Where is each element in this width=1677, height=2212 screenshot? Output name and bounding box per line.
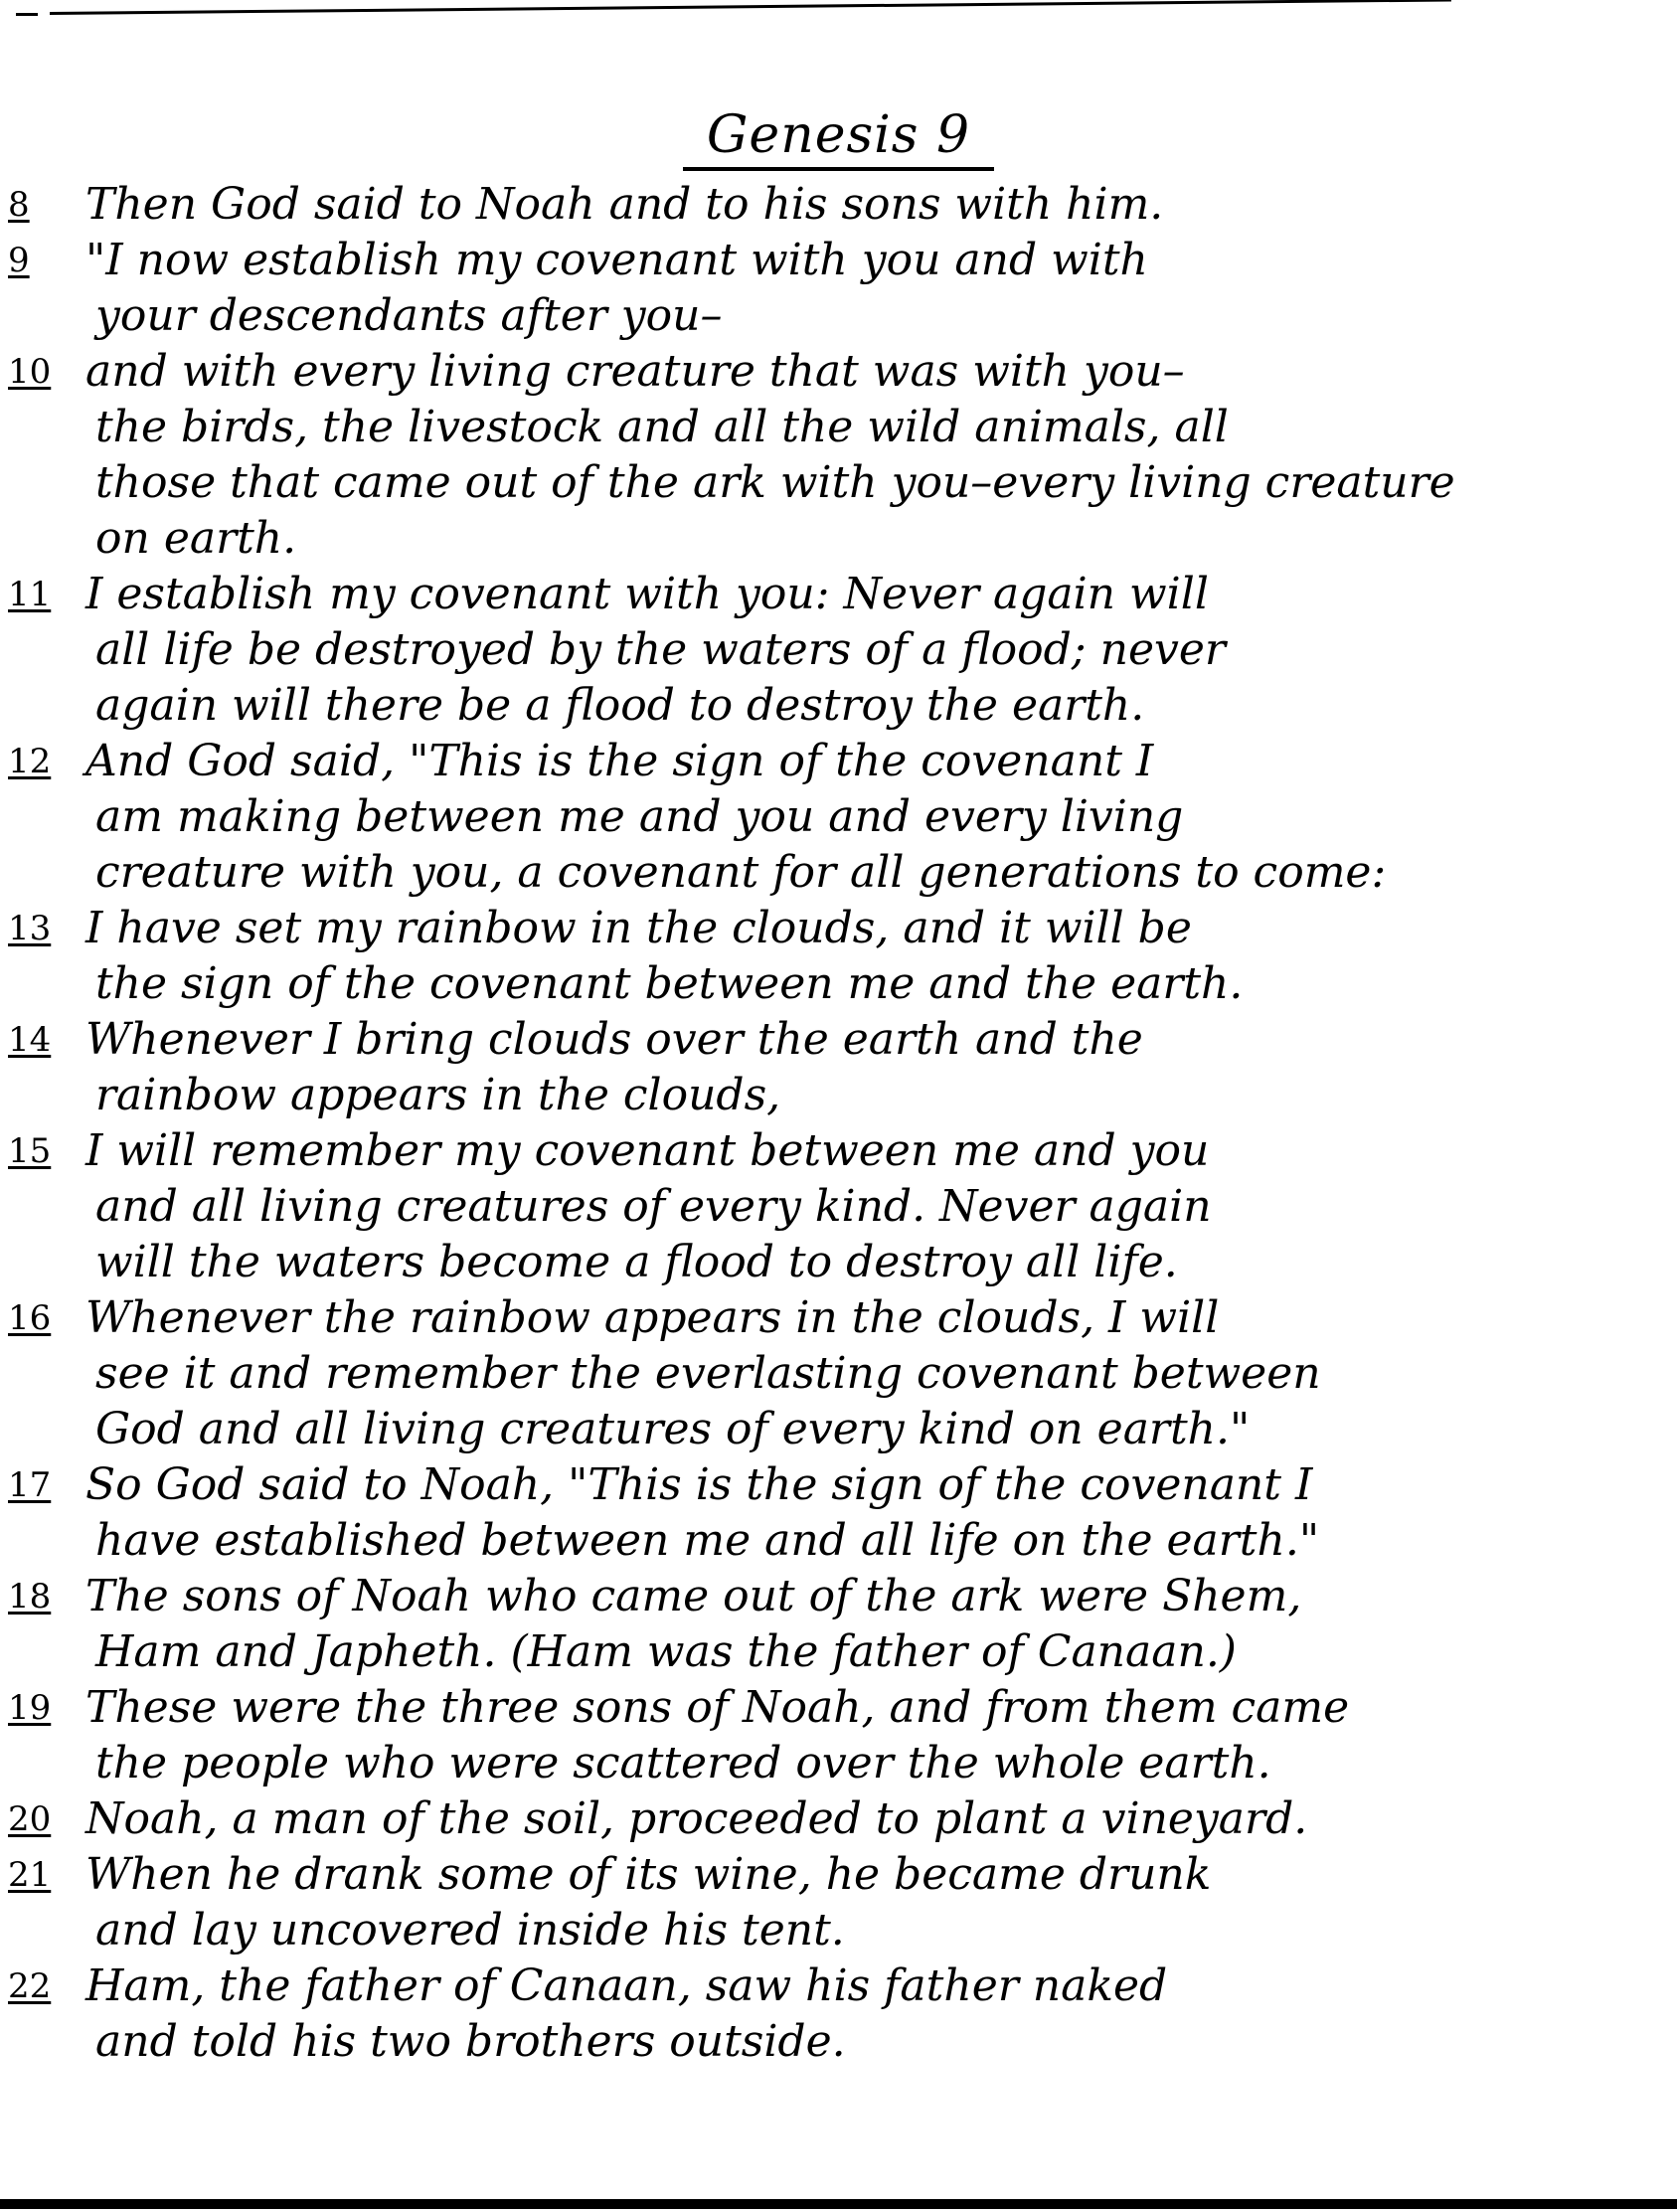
verse-number: 15	[8, 1123, 68, 1179]
verse-text: Ham, the father of Canaan, saw his fathe…	[85, 1958, 1167, 2014]
verse-line: creature with you, a covenant for all ge…	[8, 845, 1658, 901]
verse-text: the sign of the covenant between me and …	[95, 956, 1243, 1012]
verse-line: Ham and Japheth. (Ham was the father of …	[8, 1624, 1658, 1680]
page-title: Genesis 9	[683, 105, 994, 171]
verse-number: 9	[8, 233, 68, 288]
verse-line: God and all living creatures of every ki…	[8, 1402, 1658, 1457]
verse-line: 14Whenever I bring clouds over the earth…	[8, 1012, 1658, 1068]
verse-text: Whenever I bring clouds over the earth a…	[85, 1012, 1143, 1068]
verse-text: will the waters become a flood to destro…	[95, 1235, 1178, 1290]
verse-text: and told his two brothers outside.	[95, 2014, 846, 2070]
verse-line: again will there be a flood to destroy t…	[8, 678, 1658, 734]
verse-number: 21	[8, 1847, 68, 1903]
verse-text: creature with you, a covenant for all ge…	[95, 845, 1386, 901]
verse-number: 10	[8, 344, 68, 400]
verse-text: and lay uncovered inside his tent.	[95, 1903, 845, 1958]
verse-text: those that came out of the ark with you–…	[95, 455, 1455, 511]
verse-text: I have set my rainbow in the clouds, and…	[85, 901, 1192, 956]
verse-number: 14	[8, 1012, 68, 1068]
verse-line: am making between me and you and every l…	[8, 789, 1658, 845]
bottom-rule	[0, 2199, 1677, 2209]
verse-line: 13I have set my rainbow in the clouds, a…	[8, 901, 1658, 956]
top-rule	[50, 0, 1451, 15]
verse-line: have established between me and all life…	[8, 1513, 1658, 1569]
verse-text: am making between me and you and every l…	[95, 789, 1183, 845]
verse-line: 19These were the three sons of Noah, and…	[8, 1680, 1658, 1736]
verse-line: 22Ham, the father of Canaan, saw his fat…	[8, 1958, 1658, 2014]
verse-line: 16Whenever the rainbow appears in the cl…	[8, 1290, 1658, 1346]
verse-list: 8Then God said to Noah and to his sons w…	[8, 177, 1658, 2070]
verse-number: 8	[8, 177, 68, 233]
verse-number: 16	[8, 1290, 68, 1346]
verse-line: and lay uncovered inside his tent.	[8, 1903, 1658, 1958]
verse-number: 13	[8, 901, 68, 956]
verse-line: will the waters become a flood to destro…	[8, 1235, 1658, 1290]
verse-text: Whenever the rainbow appears in the clou…	[85, 1290, 1219, 1346]
verse-text: "I now establish my covenant with you an…	[85, 233, 1148, 288]
verse-line: the people who were scattered over the w…	[8, 1736, 1658, 1791]
verse-line: and all living creatures of every kind. …	[8, 1179, 1658, 1235]
verse-line: the birds, the livestock and all the wil…	[8, 400, 1658, 455]
verse-number: 22	[8, 1958, 68, 2014]
verse-text: and with every living creature that was …	[85, 344, 1185, 400]
top-rule-stub	[16, 13, 38, 16]
verse-number: 11	[8, 567, 68, 622]
page-title-wrap: Genesis 9	[0, 105, 1677, 165]
verse-text: again will there be a flood to destroy t…	[95, 678, 1144, 734]
verse-text: and all living creatures of every kind. …	[95, 1179, 1212, 1235]
verse-text: So God said to Noah, "This is the sign o…	[85, 1457, 1312, 1513]
verse-number: 19	[8, 1680, 68, 1736]
verse-text: The sons of Noah who came out of the ark…	[85, 1569, 1301, 1624]
verse-line: and told his two brothers outside.	[8, 2014, 1658, 2070]
verse-text: the birds, the livestock and all the wil…	[95, 400, 1229, 455]
verse-number: 18	[8, 1569, 68, 1624]
verse-number: 12	[8, 734, 68, 789]
verse-line: rainbow appears in the clouds,	[8, 1068, 1658, 1123]
verse-text: rainbow appears in the clouds,	[95, 1068, 780, 1123]
verse-number: 20	[8, 1791, 68, 1847]
verse-text: I will remember my covenant between me a…	[85, 1123, 1209, 1179]
verse-text: on earth.	[95, 511, 296, 567]
verse-line: the sign of the covenant between me and …	[8, 956, 1658, 1012]
verse-line: 17So God said to Noah, "This is the sign…	[8, 1457, 1658, 1513]
verse-text: see it and remember the everlasting cove…	[95, 1346, 1321, 1402]
verse-text: I establish my covenant with you: Never …	[85, 567, 1209, 622]
verse-text: God and all living creatures of every ki…	[95, 1402, 1250, 1457]
verse-line: 10and with every living creature that wa…	[8, 344, 1658, 400]
verse-line: 18The sons of Noah who came out of the a…	[8, 1569, 1658, 1624]
verse-text: These were the three sons of Noah, and f…	[85, 1680, 1349, 1736]
verse-line: see it and remember the everlasting cove…	[8, 1346, 1658, 1402]
verse-line: 15I will remember my covenant between me…	[8, 1123, 1658, 1179]
verse-text: Noah, a man of the soil, proceeded to pl…	[85, 1791, 1307, 1847]
verse-line: all life be destroyed by the waters of a…	[8, 622, 1658, 678]
verse-text: your descendants after you–	[95, 288, 722, 344]
verse-line: 21When he drank some of its wine, he bec…	[8, 1847, 1658, 1903]
verse-line: 9"I now establish my covenant with you a…	[8, 233, 1658, 288]
verse-line: those that came out of the ark with you–…	[8, 455, 1658, 511]
verse-text: all life be destroyed by the waters of a…	[95, 622, 1226, 678]
verse-line: 11I establish my covenant with you: Neve…	[8, 567, 1658, 622]
verse-line: your descendants after you–	[8, 288, 1658, 344]
verse-line: 8Then God said to Noah and to his sons w…	[8, 177, 1658, 233]
verse-text: have established between me and all life…	[95, 1513, 1319, 1569]
verse-line: 20Noah, a man of the soil, proceeded to …	[8, 1791, 1658, 1847]
verse-line: 12And God said, "This is the sign of the…	[8, 734, 1658, 789]
verse-text: When he drank some of its wine, he becam…	[85, 1847, 1211, 1903]
verse-number: 17	[8, 1457, 68, 1513]
verse-text: the people who were scattered over the w…	[95, 1736, 1271, 1791]
verse-line: on earth.	[8, 511, 1658, 567]
verse-text: Ham and Japheth. (Ham was the father of …	[95, 1624, 1237, 1680]
verse-text: Then God said to Noah and to his sons wi…	[85, 177, 1163, 233]
verse-text: And God said, "This is the sign of the c…	[85, 734, 1153, 789]
